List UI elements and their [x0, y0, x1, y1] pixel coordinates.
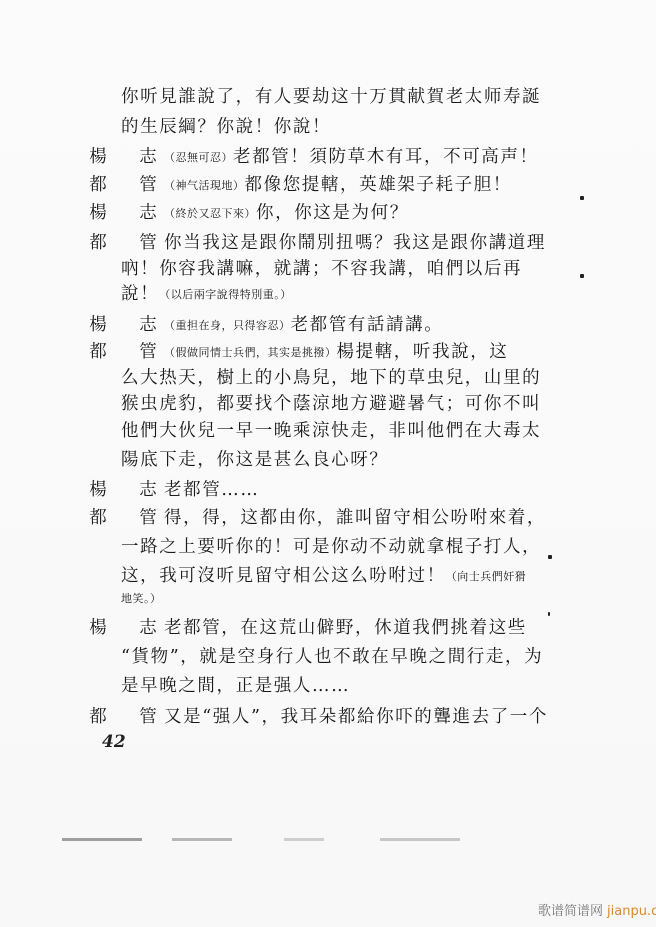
line-text: “貨物”，就是空身行人也不敢在早晚之間行走，为 [121, 644, 543, 670]
line-text: 吶！你容我講嘛，就講；不容我講，咱們以后再 [121, 256, 522, 282]
scan-artifact-line [62, 838, 142, 841]
speaker-name: 楊志 [88, 615, 158, 641]
stage-direction: （以后兩字說得特別重。） [159, 288, 292, 301]
dialogue-text: 你当我这是跟你鬧別扭嗎？我这是跟你講道理 [164, 233, 546, 253]
stage-direction: （向士兵們奸猾 [446, 570, 527, 583]
line-text: 是早晚之間，正是强人…… [121, 673, 350, 699]
scan-artifact-line [284, 838, 324, 841]
speaker-name: 都管 [88, 505, 158, 531]
speaker-name: 楊志 [88, 477, 158, 503]
line-text: 一路之上要听你的！可是你动不动就拿棍子打人， [121, 534, 541, 560]
dialogue-text: 老都管…… [164, 480, 260, 500]
scan-speck [548, 555, 552, 559]
dialogue-text: 老都管！須防草木有耳，不可高声！ [233, 147, 539, 167]
dialogue-text: 老都管有話請講。 [291, 315, 444, 335]
speaker-name: 都管 [88, 339, 158, 365]
watermark-site: jianpu.cn [607, 904, 656, 919]
scanned-page: 你听見誰說了，有人要劫这十万貫献賀老太师寿誕 的生辰綱？你說！你說！ 楊志 （忍… [0, 0, 656, 927]
speaker-name: 都管 [88, 230, 158, 256]
scan-artifact-line [380, 838, 460, 841]
line-text: 說！ [121, 284, 159, 304]
dialogue-text: 都像您提轄，英雄架子耗子胆！ [245, 175, 512, 195]
speaker-name: 楊志 [88, 144, 158, 170]
line-text: 么大热天，樹上的小鳥兒，地下的草虫兒，山里的 [121, 365, 541, 391]
dialogue-text: 老都管，在这荒山僻野，休道我們挑着这些 [164, 618, 527, 638]
watermark: 歌谱简谱网jianpu.cn [538, 900, 656, 919]
page-number: 42 [102, 732, 126, 752]
speaker-name: 楊志 [88, 312, 158, 338]
stage-direction: （假做同情士兵們，其实是挑撥） [164, 346, 337, 359]
stage-direction: （重担在身，只得容忍） [164, 319, 291, 332]
line-text: 这，我可沒听見留守相公这么吩咐过！ [121, 566, 446, 586]
speaker-name: 都管 [88, 172, 158, 198]
stage-direction: （終於又忍下來） [164, 207, 256, 220]
speaker-name: 都管 [88, 704, 158, 730]
line-text: 的生辰綱？你說！你說！ [121, 114, 331, 140]
stage-direction: （忍無可忍） [164, 151, 233, 164]
watermark-cn: 歌谱简谱网 [538, 904, 603, 919]
speaker-name: 楊志 [88, 200, 158, 226]
stage-direction: 地笑。） [121, 592, 162, 605]
line-text: 猴虫虎豹，都要找个蔭涼地方避避暑气；可你不叫 [121, 391, 541, 417]
dialogue-text: 你，你这是为何？ [256, 203, 409, 223]
scan-speck [580, 274, 584, 278]
scan-speck [580, 196, 584, 200]
line-text: 陽底下走，你这是甚么良心呀？ [121, 447, 388, 473]
scan-speck [548, 612, 550, 616]
line-text: 你听見誰說了，有人要劫这十万貫献賀老太师寿誕 [121, 84, 541, 110]
scan-artifact-line [172, 838, 232, 841]
dialogue-text: 得，得，这都由你，誰叫留守相公吩咐來着， [164, 508, 546, 528]
line-text: 他們大伙兒一早一晚乘涼快走，非叫他們在大毒太 [121, 418, 541, 444]
stage-direction: （神气活現地） [164, 179, 245, 192]
dialogue-text: 又是“强人”，我耳朵都給你吓的聾進去了一个 [164, 707, 548, 727]
dialogue-text: 楊提轄，听我說，这 [337, 342, 509, 362]
